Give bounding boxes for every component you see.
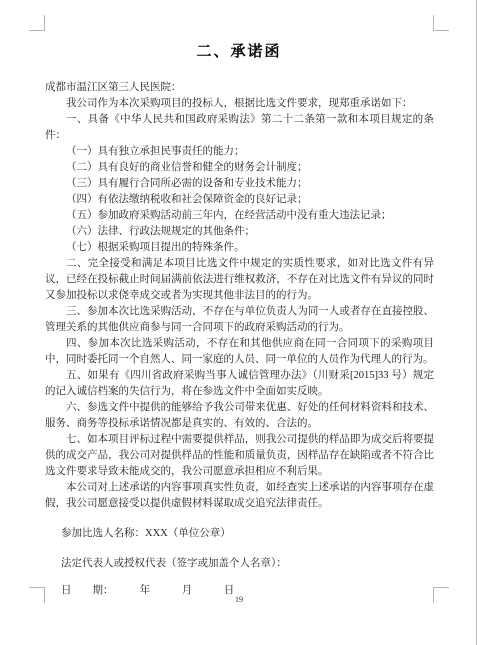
- page-title: 二、承诺函: [0, 40, 478, 61]
- bidder-name-line: 参加比选人名称：XXX（单位公章）: [61, 526, 434, 542]
- document-page: 二、承诺函 成都市温江区第三人民医院： 我公司作为本次采购项目的投标人，根据比选…: [0, 0, 478, 645]
- body-paragraph: （五）参加政府采购活动前三年内，在经营活动中没有重大违法记录；: [45, 208, 434, 224]
- body-paragraph: 我公司作为本次采购项目的投标人，根据比选文件要求，现郑重承诺如下：: [45, 96, 434, 112]
- body-paragraph: （四）有依法缴纳税收和社会保障资金的良好记录；: [45, 192, 434, 208]
- representative-signature-line: 法定代表人或授权代表（签字或加盖个人名章）：: [61, 556, 434, 572]
- body-paragraph: （六）法律、行政法规规定的其他条件；: [45, 224, 434, 240]
- body-paragraph: （七）根据采购项目提出的特殊条件。: [45, 240, 434, 256]
- margin-crop-mark-top-right: [433, 15, 449, 31]
- page-number: 19: [0, 595, 478, 604]
- body-paragraph: 本公司对上述承诺的内容事项真实性负责，如经查实上述承诺的内容事项存在虚假，我公司…: [45, 480, 434, 512]
- body-paragraphs: 我公司作为本次采购项目的投标人，根据比选文件要求，现郑重承诺如下：一、具备《中华…: [45, 96, 434, 512]
- body-paragraph: （一）具有独立承担民事责任的能力；: [45, 144, 434, 160]
- body-paragraph: 三、参加本次比选采购活动，不存在与单位负责人为同一人或者存在直接控股、管理关系的…: [45, 304, 434, 336]
- body-paragraph: 六、参选文件中提供的能够给予我公司带来优惠、好处的任何材料资料和技术、服务、商务…: [45, 400, 434, 432]
- body-paragraph: 五、如果有《四川省政府采购当事人诚信管理办法》（川财采[2015]33 号）规定…: [45, 368, 434, 400]
- signature-block: 参加比选人名称：XXX（单位公章） 法定代表人或授权代表（签字或加盖个人名章）：…: [45, 526, 434, 599]
- body-paragraph: 四、参加本次比选采购活动，不存在和其他供应商在同一合同项下的采购项目中，同时委托…: [45, 336, 434, 368]
- document-body: 成都市温江区第三人民医院： 我公司作为本次采购项目的投标人，根据比选文件要求，现…: [45, 80, 434, 599]
- margin-crop-mark-top-left: [29, 15, 45, 31]
- body-paragraph: 七、如本项目评标过程中需要提供样品，则我公司提供的样品即为成交后将要提供的成交产…: [45, 432, 434, 480]
- body-paragraph: （二）具有良好的商业信誉和健全的财务会计制度；: [45, 160, 434, 176]
- body-paragraph: 一、具备《中华人民共和国政府采购法》第二十二条第一款和本项目规定的条件：: [45, 112, 434, 144]
- body-paragraph: 二、完全接受和满足本项目比选文件中规定的实质性要求，如对比选文件有异议，已经在投…: [45, 256, 434, 304]
- page-edge-line: [476, 0, 477, 645]
- body-paragraph: （三）具有履行合同所必需的设备和专业技术能力；: [45, 176, 434, 192]
- salutation-line: 成都市温江区第三人民医院：: [45, 80, 434, 96]
